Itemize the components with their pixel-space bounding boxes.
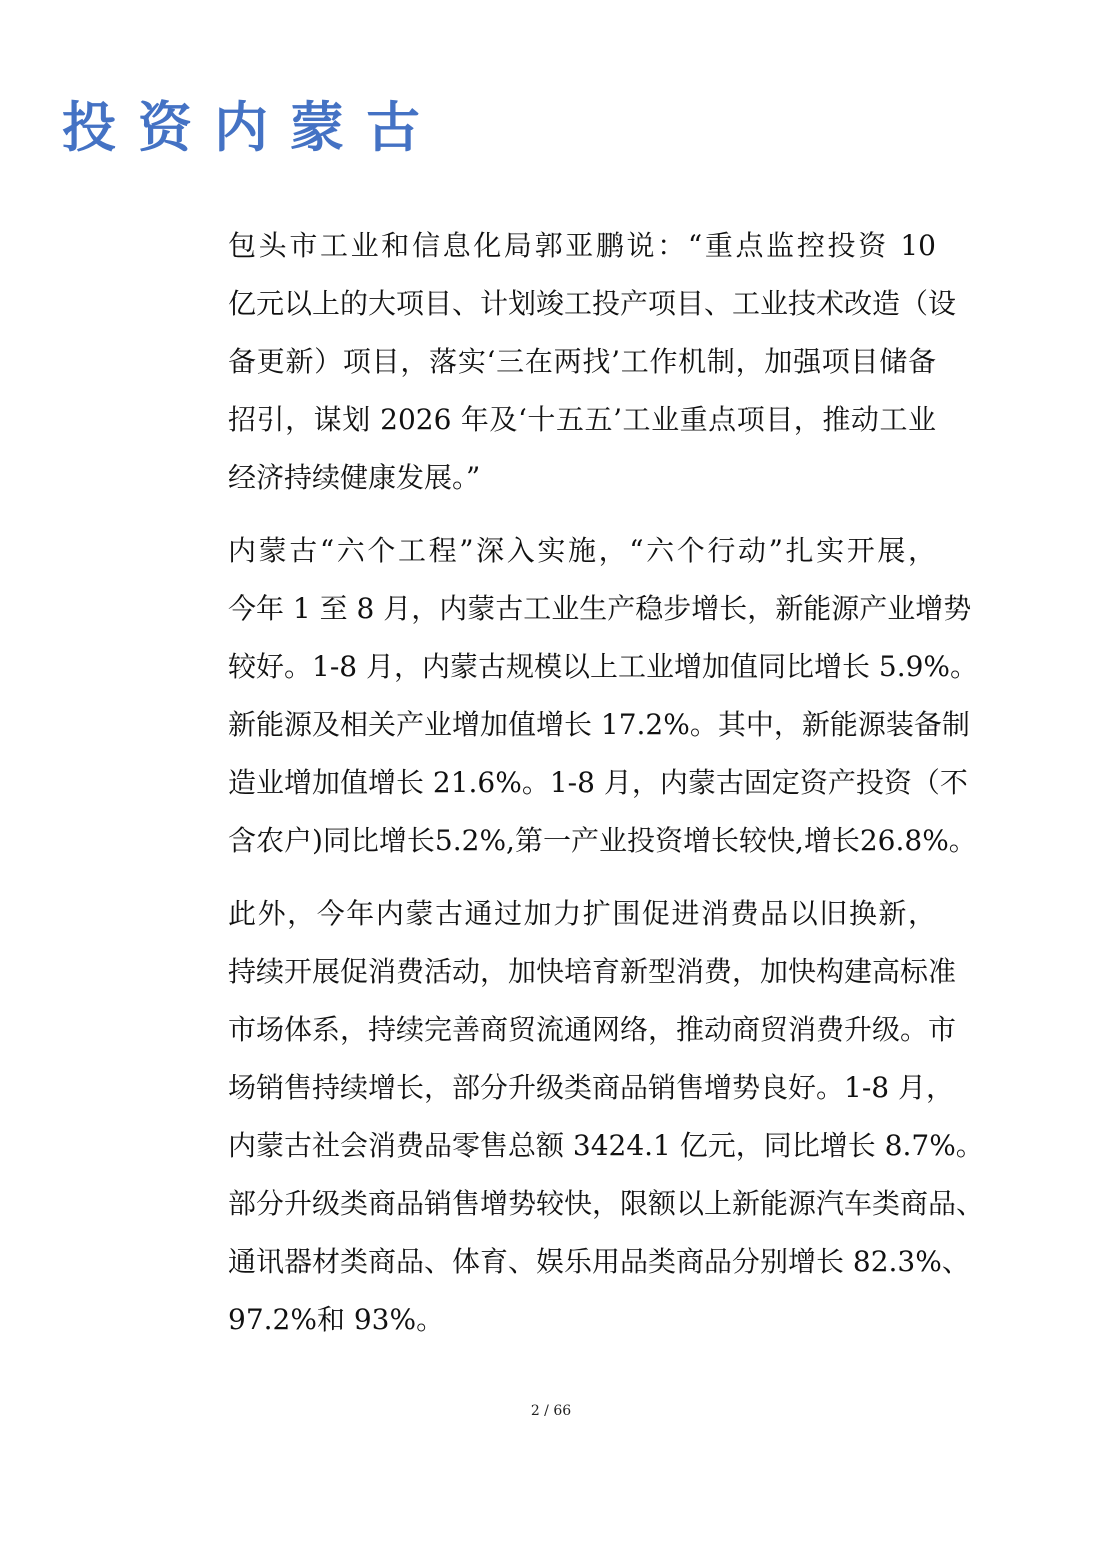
text-line: 内蒙古“六个工程”深入实施，“六个行动”扎实开展， [168, 522, 936, 580]
text-line: 部分升级类商品销售增势较快，限额以上新能源汽车类商品、 [168, 1175, 936, 1233]
text-line: 通讯器材类商品、体育、娱乐用品类商品分别增长 82.3%、 [168, 1233, 936, 1291]
text-line: 今年 1 至 8 月，内蒙古工业生产稳步增长，新能源产业增势 [168, 580, 936, 638]
text-line: 持续开展促消费活动，加快培育新型消费，加快构建高标准 [168, 943, 936, 1001]
text-line: 包头市工业和信息化局郭亚鹏说：“重点监控投资 10 [168, 217, 936, 275]
text-line: 新能源及相关产业增加值增长 17.2%。其中，新能源装备制 [168, 696, 936, 754]
text-line: 亿元以上的大项目、计划竣工投产项目、工业技术改造（设 [168, 275, 936, 333]
page-title: 投资内蒙古 [62, 92, 442, 162]
text-line: 市场体系，持续完善商贸流通网络，推动商贸消费升级。市 [168, 1001, 936, 1059]
text-line: 此外，今年内蒙古通过加力扩围促进消费品以旧换新， [168, 885, 936, 943]
page-number: 2 / 66 [0, 1403, 1102, 1419]
text-line: 97.2%和 93%。 [168, 1291, 936, 1349]
text-line: 场销售持续增长，部分升级类商品销售增势良好。1-8 月， [168, 1059, 936, 1117]
text-line: 造业增加值增长 21.6%。1-8 月，内蒙古固定资产投资（不 [168, 754, 936, 812]
text-line: 经济持续健康发展。” [168, 449, 936, 507]
text-line: 较好。1-8 月，内蒙古规模以上工业增加值同比增长 5.9%。 [168, 638, 936, 696]
document-body: 包头市工业和信息化局郭亚鹏说：“重点监控投资 10 亿元以上的大项目、计划竣工投… [168, 217, 936, 1364]
text-line: 备更新）项目，落实‘三在两找’工作机制，加强项目储备 [168, 333, 936, 391]
text-line: 招引，谋划 2026 年及‘十五五’工业重点项目，推动工业 [168, 391, 936, 449]
paragraph-1: 包头市工业和信息化局郭亚鹏说：“重点监控投资 10 亿元以上的大项目、计划竣工投… [168, 217, 936, 507]
text-line: 含农户)同比增长5.2%,第一产业投资增长较快,增长26.8%。 [168, 812, 936, 870]
paragraph-3: 此外，今年内蒙古通过加力扩围促进消费品以旧换新， 持续开展促消费活动，加快培育新… [168, 885, 936, 1349]
text-line: 内蒙古社会消费品零售总额 3424.1 亿元，同比增长 8.7%。 [168, 1117, 936, 1175]
paragraph-2: 内蒙古“六个工程”深入实施，“六个行动”扎实开展， 今年 1 至 8 月，内蒙古… [168, 522, 936, 870]
